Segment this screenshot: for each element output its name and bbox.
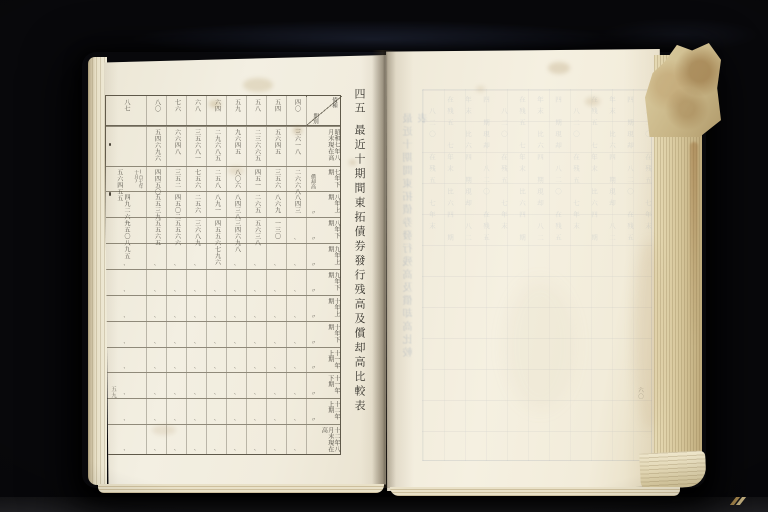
row-label: 七年下期	[326, 169, 339, 192]
table-row: 、、、、、、、、、九年下期〃	[106, 269, 340, 295]
value-cell: 、	[286, 270, 306, 295]
bleed-column: 四 期現却 八二〇 在残五	[477, 90, 489, 460]
value-cell: 、	[166, 244, 186, 269]
tick-mark: 、	[174, 365, 179, 370]
value-cell: 、	[266, 373, 286, 398]
tick-mark: 、	[234, 288, 239, 293]
foxing-stain	[634, 240, 664, 430]
value-cell: 、	[186, 270, 206, 295]
tick-mark: 、	[154, 391, 159, 396]
cell-value: 五六三八	[254, 220, 260, 246]
page-title: 最近十期間東拓債券發行残高及償却高比較表	[351, 124, 367, 414]
tick-mark: 、	[294, 314, 299, 319]
cell-value: 二三六六五	[254, 129, 260, 162]
value-cell: 二五六	[186, 192, 206, 217]
value-cell: 、	[106, 425, 146, 454]
value-cell: 、	[226, 348, 246, 373]
value-cell: 、	[246, 373, 266, 398]
value-cell: 三五六	[266, 167, 286, 192]
cell-value: 五四六九六	[154, 129, 160, 162]
value-cell: 二三六六五	[246, 127, 266, 166]
right-bottom-page-stack	[390, 487, 680, 496]
tick-mark: 、	[294, 447, 299, 452]
tick-mark: 、	[154, 365, 159, 370]
bleed-column: 年末 比六四 期現却 八二	[603, 90, 615, 460]
value-cell: 四四五〇	[146, 167, 166, 192]
column-header-text: 五八	[254, 99, 260, 112]
fore-edge-stain	[690, 142, 698, 347]
cell-value: 四九二六九	[123, 194, 129, 227]
value-cell: 、	[266, 244, 286, 269]
cell-value: 五六四五五	[116, 169, 122, 202]
tick-mark: 、	[274, 288, 279, 293]
value-cell: 、	[226, 270, 246, 295]
row-sublabel: 〃	[310, 417, 315, 422]
tick-mark: 、	[214, 447, 219, 452]
foxing-stain	[548, 62, 570, 74]
value-cell: 、	[146, 296, 166, 321]
tick-mark: 、	[194, 314, 199, 319]
value-cell: 、	[266, 399, 286, 424]
value-cell: 、	[286, 296, 306, 321]
value-cell: 、	[146, 348, 166, 373]
table-edge-strip	[0, 497, 768, 512]
cell-value: 八四三八	[234, 194, 240, 220]
value-cell: 五五六五	[146, 218, 166, 243]
tick-mark: 、	[154, 288, 159, 293]
cell-value: 四五〇二	[174, 194, 180, 220]
ledger-table: 八七八〇七六六八六四五九五八五四四〇債種期別五四六九六六六四八三五六八一二九六八…	[105, 95, 341, 455]
value-cell: 八六九	[266, 192, 286, 217]
row-sublabel: 〃	[310, 236, 315, 241]
value-cell: 、	[266, 270, 286, 295]
value-cell: 、	[186, 244, 206, 269]
value-cell: 七九六	[206, 244, 226, 269]
value-cell: 、	[266, 322, 286, 347]
row-label: 十年上期	[326, 298, 339, 321]
value-cell: 、	[186, 296, 206, 321]
tick-mark: 、	[274, 417, 279, 422]
value-cell: 四九二六九	[106, 192, 146, 217]
tick-mark: 、	[254, 447, 259, 452]
tick-mark: 、	[123, 365, 128, 370]
tick-mark: 、	[123, 391, 128, 396]
row-label-cell: 十二年八月末現在高	[306, 425, 342, 454]
tick-mark: 、	[254, 417, 259, 422]
row-sublabel: 〃	[310, 391, 315, 396]
value-cell: 、	[186, 373, 206, 398]
row-label: 十一年下期	[326, 375, 339, 398]
tick-mark: 、	[294, 340, 299, 345]
photo-of-open-ledger-book: { "scene": { "description": "Photograph …	[0, 0, 768, 512]
cell-value: 三五六八一	[194, 129, 200, 162]
tick-mark: 、	[123, 340, 128, 345]
value-cell: 、	[146, 373, 166, 398]
book-gutter-shadow	[372, 50, 396, 488]
tick-mark: 、	[123, 447, 128, 452]
foxing-stain	[585, 97, 600, 106]
row-sublabel: 〃	[310, 365, 315, 370]
tick-mark: 、	[294, 262, 299, 267]
table-row: 、、、、、、、、、十二年上期〃	[106, 398, 340, 424]
tick-mark: 、	[294, 236, 299, 241]
foxing-stain	[243, 78, 273, 92]
value-cell: 、	[226, 373, 246, 398]
cell-value: 三五二	[174, 169, 180, 189]
foxing-stain	[349, 160, 356, 165]
column-header-cell: 五四	[266, 96, 286, 125]
value-cell: 、	[266, 296, 286, 321]
value-cell: 、	[106, 399, 146, 424]
value-cell: 、	[286, 399, 306, 424]
row-label-cell: 十二年上期〃	[306, 399, 342, 424]
table-row: 一五〇八九五五五六五五五六六三六八九四五五六三四六九八五六三八一三〇、八年下期〃	[106, 217, 340, 243]
tick-mark: 、	[254, 365, 259, 370]
tick-mark: 、	[123, 288, 128, 293]
tick-mark: 、	[123, 417, 128, 422]
bleed-column: 在残五 七年末 比六四 期	[585, 90, 597, 460]
table-row: 、、、、、、、、、十年下期〃	[106, 321, 340, 347]
value-cell: 、	[166, 348, 186, 373]
tick-mark: 、	[123, 262, 128, 267]
bleed-column: 在残五 七年末 比六四 期	[513, 90, 525, 460]
value-cell: 四五五六	[206, 218, 226, 243]
tick-mark: 、	[214, 288, 219, 293]
tick-mark: 、	[214, 391, 219, 396]
row-label: 八年上期	[326, 194, 339, 217]
value-cell: 五六三八	[246, 218, 266, 243]
tick-mark: 、	[274, 262, 279, 267]
row-label-cell: 十年下期〃	[306, 322, 342, 347]
value-cell: 三四六九八	[226, 218, 246, 243]
value-cell: 、	[206, 296, 226, 321]
cell-value: 五六四五	[274, 129, 280, 155]
cell-value: 七五六	[194, 169, 200, 189]
cell-value: 三六八九	[194, 220, 200, 246]
tick-mark: 、	[123, 314, 128, 319]
tick-mark: 、	[294, 365, 299, 370]
table-row: 四九二六九五五三九四五〇二二五六八九一八四三八二六五八六九八四三八年上期〃	[106, 191, 340, 217]
value-cell: 、	[246, 322, 266, 347]
value-cell: 、	[206, 425, 226, 454]
value-cell: 、	[146, 270, 166, 295]
value-cell: 、	[206, 270, 226, 295]
column-header-text: 六八	[194, 99, 200, 112]
value-cell: 、	[206, 373, 226, 398]
row-label: 昭和七年八月末現在高	[326, 129, 339, 166]
table-row: 、、、、、、、、、十一年下期〃	[106, 372, 340, 398]
value-cell: 、	[286, 322, 306, 347]
cell-value: 五五六六	[174, 220, 180, 246]
row-label: 十一年上期	[326, 350, 339, 373]
value-cell: 、	[166, 399, 186, 424]
value-cell: 、	[186, 322, 206, 347]
cell-value: 四五五六	[214, 220, 220, 246]
value-cell: 、	[106, 373, 146, 398]
row-sublabel: 〃	[310, 288, 315, 293]
tick-mark: 、	[174, 314, 179, 319]
value-cell: 、	[146, 244, 166, 269]
foxing-stain	[209, 100, 221, 108]
value-cell: 、	[166, 373, 186, 398]
bottom-page-curl	[639, 450, 707, 489]
tick-mark: 、	[214, 340, 219, 345]
value-cell: 四五〇二	[166, 192, 186, 217]
tick-mark: 、	[194, 340, 199, 345]
foxing-stain	[505, 280, 575, 410]
cell-value: 一三〇	[274, 220, 280, 240]
column-header-cell: 五九	[226, 96, 246, 125]
tick-mark: 、	[174, 340, 179, 345]
tick-mark: 、	[154, 447, 159, 452]
tick-mark: 、	[194, 391, 199, 396]
tick-mark: 、	[174, 262, 179, 267]
tick-mark: 、	[194, 262, 199, 267]
cell-value: 二六五	[254, 194, 260, 214]
value-cell: 、	[286, 218, 306, 243]
column-header-cell: 八〇	[146, 96, 166, 125]
value-cell: 八四三	[286, 192, 306, 217]
tick-mark: 、	[234, 417, 239, 422]
left-page-number: 五九	[109, 386, 117, 399]
table-row: 八七八〇七六六八六四五九五八五四四〇債種期別	[106, 96, 340, 126]
value-cell: 、	[286, 373, 306, 398]
tick-mark: 、	[254, 262, 259, 267]
bleed-column: 年末 比六四 期現却 八二	[459, 90, 471, 460]
tick-mark: 、	[274, 391, 279, 396]
value-cell: 、	[206, 399, 226, 424]
value-cell: 、	[226, 244, 246, 269]
corner-header-left: 期別	[311, 113, 319, 124]
value-cell: 三五六八一	[186, 127, 206, 166]
row-label: 十年下期	[326, 324, 339, 347]
value-cell: 、	[286, 425, 306, 454]
cell-value: 六六四八	[174, 129, 180, 155]
value-cell: 、	[106, 322, 146, 347]
cell-value: 八六九	[274, 194, 280, 214]
column-header-cell: 六八	[186, 96, 206, 125]
tick-mark: 、	[294, 391, 299, 396]
cell-value: 三五六	[274, 169, 280, 189]
column-header-text: 五四	[274, 99, 280, 112]
value-cell: 、	[146, 322, 166, 347]
cell-value: 五五三九	[154, 194, 160, 220]
column-header-text: 七六	[174, 99, 180, 112]
row-label-cell: 九年下期〃	[306, 270, 342, 295]
value-cell: 、	[286, 244, 306, 269]
cell-value: 二六六八	[294, 169, 300, 195]
value-cell: 九六四五	[226, 127, 246, 166]
tick-mark: 、	[174, 288, 179, 293]
tick-mark: 、	[154, 340, 159, 345]
tick-mark: 、	[234, 447, 239, 452]
cell-value: 五五六五	[154, 220, 160, 246]
value-cell: 一三〇	[266, 218, 286, 243]
cell-value: 八九一	[214, 194, 220, 214]
foxing-stain	[152, 425, 176, 435]
tick-mark: 、	[234, 365, 239, 370]
cell-value: 二五八	[214, 169, 220, 189]
value-cell: 五四六九六	[146, 127, 166, 166]
value-cell: 、	[226, 322, 246, 347]
tick-mark: 、	[174, 391, 179, 396]
value-cell: 、	[246, 348, 266, 373]
tick-mark: 、	[214, 314, 219, 319]
row-label: 九年下期	[326, 272, 339, 295]
row-sublabel: 〃	[310, 262, 315, 267]
tick-mark: 、	[274, 340, 279, 345]
bleed-column: 四 期現却 八二〇 在残五	[621, 90, 633, 460]
column-header-cell: 五八	[246, 96, 266, 125]
row-label-cell: 十一年上期〃	[306, 348, 342, 373]
column-header-cell: 七六	[166, 96, 186, 125]
value-cell: 三五二	[166, 167, 186, 192]
value-cell: 七五六	[186, 167, 206, 192]
cell-note: (自七年十月)	[133, 170, 142, 192]
row-label-cell: 十一年下期〃	[306, 373, 342, 398]
tick-mark: 、	[294, 288, 299, 293]
column-header-text: 四〇	[294, 99, 300, 112]
value-cell: 、	[106, 270, 146, 295]
table-row: 、、、、七九六、、、、九年上期〃	[106, 243, 340, 269]
row-label-cell: 十年上期〃	[306, 296, 342, 321]
value-cell	[106, 127, 146, 166]
column-header-text: 五九	[234, 99, 240, 112]
value-cell: 、	[146, 399, 166, 424]
title-block: 四五 最近十期間東拓債券發行残高及償却高比較表	[342, 88, 376, 486]
bleed-through-title: 最近十期間東拓債券發行残高及償却高比較表	[402, 113, 432, 363]
bleed-column: 八二〇 在残五 七年末	[495, 90, 507, 460]
value-cell: 、	[246, 270, 266, 295]
value-cell: 六六四八	[166, 127, 186, 166]
tick-mark: 、	[194, 288, 199, 293]
cell-value: 九六四五	[234, 129, 240, 155]
bleed-column: 在残五 七年末 比六四 期	[441, 90, 453, 460]
section-number: 四五	[351, 88, 367, 116]
left-page-edge-stack	[88, 57, 107, 485]
column-header-text: 八七	[123, 99, 129, 112]
cell-value: 八四三	[294, 194, 300, 214]
table-row: 、、、、、、、、、十一年上期〃	[106, 347, 340, 373]
tick-mark: 、	[294, 417, 299, 422]
tick-mark: 、	[194, 447, 199, 452]
cell-value: 七九六	[214, 246, 220, 266]
tick-mark: 、	[154, 262, 159, 267]
tick-mark: 、	[254, 391, 259, 396]
value-cell: 、	[266, 425, 286, 454]
row-label-cell: 七年下期償却高	[306, 167, 342, 192]
corner-header-cell: 債種期別	[306, 96, 342, 125]
row-sublabel: 〃	[310, 340, 315, 345]
value-cell: 二六六八	[286, 167, 306, 192]
tick-mark: 、	[174, 417, 179, 422]
reflective-mark	[729, 496, 749, 506]
foxing-stain	[476, 86, 485, 92]
left-bottom-page-stack	[98, 484, 384, 493]
cell-value: 二五六	[194, 194, 200, 214]
bleed-column: 八二〇 在残五 七年末	[423, 90, 435, 460]
foxing-stain	[293, 127, 302, 134]
cell-value: 三四六九八	[234, 220, 240, 253]
row-label-cell: 八年下期〃	[306, 218, 342, 243]
right-page: 最近十期間東拓債券發行残高及償却高比較表 八二〇 在残五 七年末 四 期現却 八…	[386, 49, 662, 491]
row-label: 十二年八月末現在高	[320, 427, 339, 454]
value-cell: 八四三八	[226, 192, 246, 217]
tick-mark: 、	[214, 365, 219, 370]
value-cell: 、	[246, 399, 266, 424]
row-label: 八年下期	[326, 220, 339, 243]
value-cell: 五五三九	[146, 192, 166, 217]
value-cell: 二九六八五	[206, 127, 226, 166]
table-row: 、、、、、、、、、十年上期〃	[106, 295, 340, 321]
table-row: 五四六九六六六四八三五六八一二九六八五九六四五二三六六五五六四五三六一八昭和七年…	[106, 126, 340, 166]
tick-mark: 、	[254, 340, 259, 345]
value-cell: 、	[226, 425, 246, 454]
ink-speck	[109, 143, 111, 146]
row-label: 九年上期	[326, 246, 339, 269]
tick-mark: 、	[254, 288, 259, 293]
foxing-stain	[228, 166, 244, 175]
tick-mark: 、	[234, 340, 239, 345]
value-cell: 、	[286, 348, 306, 373]
cell-value: 二九六八五	[214, 129, 220, 162]
value-cell: 二五八	[206, 167, 226, 192]
table-row: (自七年十月)五六四五五四四五〇三五二七五六二五八八〇六四五一三五六二六六八七年…	[106, 166, 340, 192]
tick-mark: 、	[174, 447, 179, 452]
tick-mark: 、	[214, 417, 219, 422]
value-cell: 五六四五	[266, 127, 286, 166]
row-label-cell: 九年上期〃	[306, 244, 342, 269]
tick-mark: 、	[234, 314, 239, 319]
value-cell: (自七年十月)五六四五五	[106, 167, 146, 192]
column-header-cell: 八七	[106, 96, 146, 125]
value-cell: 、	[206, 322, 226, 347]
tick-mark: 、	[234, 262, 239, 267]
tick-mark: 、	[274, 447, 279, 452]
table-row: 、、、、、、、、、十二年八月末現在高	[106, 424, 340, 454]
tick-mark: 、	[154, 314, 159, 319]
cell-value: 一五〇八九五	[123, 220, 129, 260]
row-label-cell: 昭和七年八月末現在高	[306, 127, 342, 166]
value-cell: 四五一	[246, 167, 266, 192]
row-sublabel: 〃	[310, 210, 315, 215]
value-cell: 、	[186, 425, 206, 454]
value-cell: 、	[226, 399, 246, 424]
column-header-text: 八〇	[154, 99, 160, 112]
value-cell: 二六五	[246, 192, 266, 217]
tick-mark: 、	[254, 314, 259, 319]
value-cell: 、	[106, 348, 146, 373]
value-cell: 、	[246, 425, 266, 454]
value-cell: 、	[266, 348, 286, 373]
row-label-cell: 八年上期〃	[306, 192, 342, 217]
tick-mark: 、	[194, 417, 199, 422]
corner-header-right: 債種	[330, 97, 338, 108]
value-cell: 、	[246, 296, 266, 321]
row-sublabel: 〃	[310, 314, 315, 319]
value-cell: 、	[106, 244, 146, 269]
left-page: 八七八〇七六六八六四五九五八五四四〇債種期別五四六九六六六四八三五六八一二九六八…	[104, 52, 386, 488]
value-cell: 一五〇八九五	[106, 218, 146, 243]
value-cell: 、	[106, 296, 146, 321]
value-cell: 、	[246, 244, 266, 269]
cell-value: 四四五〇	[154, 169, 160, 195]
tick-mark: 、	[274, 365, 279, 370]
value-cell: 、	[186, 399, 206, 424]
row-label: 十二年上期	[326, 401, 339, 424]
value-cell: 五五六六	[166, 218, 186, 243]
column-header-cell: 四〇	[286, 96, 306, 125]
